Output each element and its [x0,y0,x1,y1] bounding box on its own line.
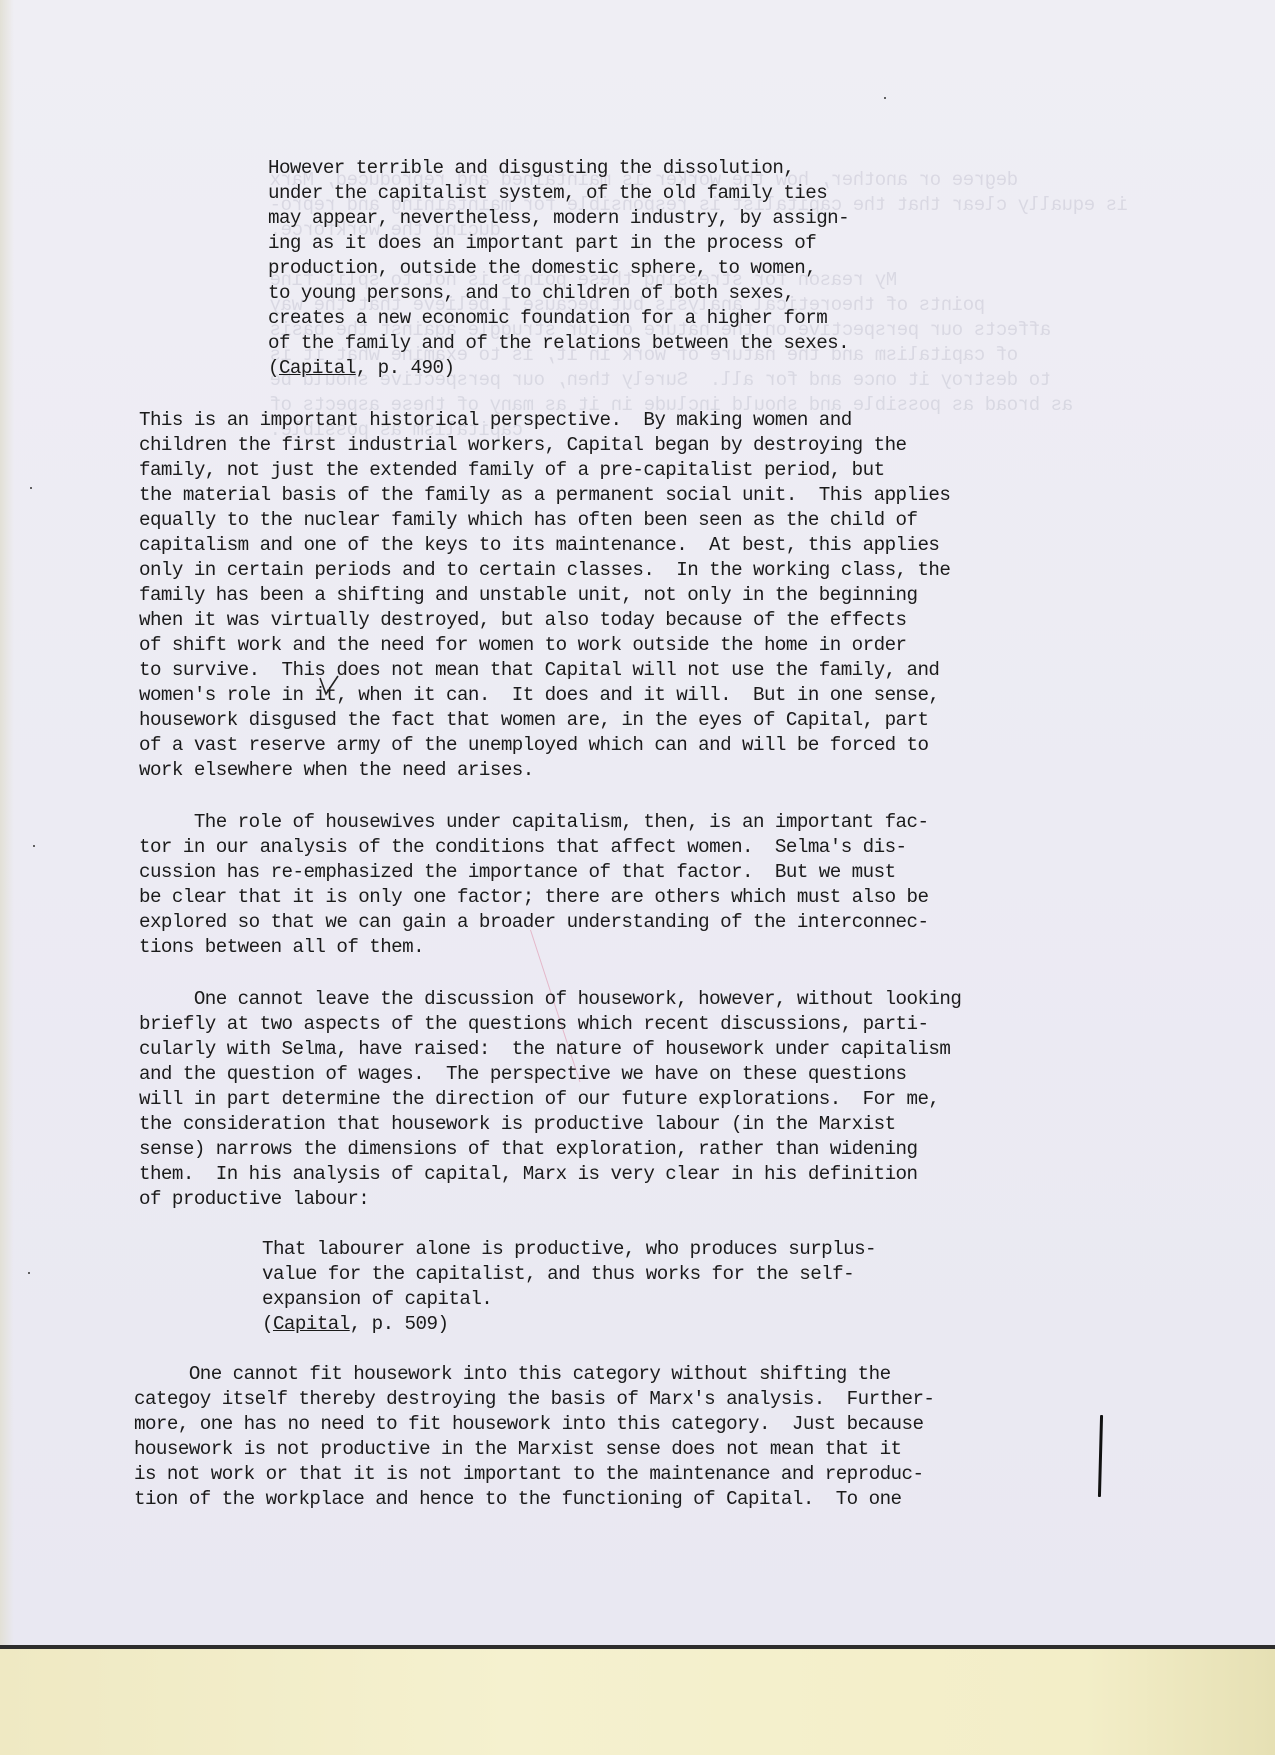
paragraph-line: be clear that it is only one factor; the… [139,885,928,910]
scan-speck [884,97,886,99]
quote-line: However terrible and disgusting the diss… [268,156,794,181]
paragraph-line: women's role in it, when it can. It does… [139,683,939,708]
paragraph-line: is not work or that it is not important … [134,1462,923,1487]
quote-line: production, outside the domestic sphere,… [268,256,816,281]
paragraph-line: the material basis of the family as a pe… [139,483,950,508]
handwritten-caret-mark-icon [318,674,342,698]
paragraph-line: more, one has no need to fit housework i… [134,1412,923,1437]
citation-title: Capital [279,357,356,379]
paragraph-line: tions between all of them. [139,935,424,960]
quote-line: ing as it does an important part in the … [268,231,816,256]
quote-line: may appear, nevertheless, modern industr… [268,206,849,231]
paragraph-line: family, not just the extended family of … [139,458,885,483]
quote-line: expansion of capital. [262,1287,492,1312]
paragraph-line: the consideration that housework is prod… [139,1112,896,1137]
paragraph-line: One cannot fit housework into this categ… [134,1362,891,1387]
citation-page: , p. 490) [356,357,455,379]
quote-line: under the capitalist system, of the old … [268,181,827,206]
paragraph-line: categoy itself thereby destroying the ba… [134,1387,934,1412]
paragraph-line: cussion has re-emphasized the importance… [139,860,896,885]
citation-open: ( [262,1313,273,1335]
quote-line: to young persons, and to children of bot… [268,281,794,306]
paragraph-line: housework disgused the fact that women a… [139,708,928,733]
quote-line: value for the capitalist, and thus works… [262,1262,854,1287]
paragraph-line: explored so that we can gain a broader u… [139,910,928,935]
citation-title: Capital [273,1313,350,1335]
document-page: degree or another, how the worker is mai… [0,0,1275,1648]
paragraph-line: One cannot leave the discussion of house… [139,987,961,1012]
paragraph-line: This is an important historical perspect… [139,408,852,433]
paragraph-line: briefly at two aspects of the questions … [139,1012,928,1037]
paragraph-line: work elsewhere when the need arises. [139,758,534,783]
scan-speck [33,845,35,847]
paragraph-line: tor in our analysis of the conditions th… [139,835,907,860]
paragraph-line: will in part determine the direction of … [139,1087,939,1112]
paragraph-line: equally to the nuclear family which has … [139,508,917,533]
scan-speck [28,1272,30,1274]
quote-line: That labourer alone is productive, who p… [262,1237,876,1262]
paragraph-line: when it was virtually destroyed, but als… [139,608,907,633]
quote-citation: (Capital, p. 509) [262,1312,448,1337]
paragraph-line: only in certain periods and to certain c… [139,558,950,583]
paragraph-line: children the first industrial workers, C… [139,433,907,458]
paragraph-line: housework is not productive in the Marxi… [134,1437,902,1462]
paragraph-line: to survive. This does not mean that Capi… [139,658,939,683]
margin-change-bar [1098,1415,1103,1497]
paragraph-line: of shift work and the need for women to … [139,633,907,658]
quote-line: creates a new economic foundation for a … [268,306,827,331]
paragraph-line: capitalism and one of the keys to its ma… [139,533,939,558]
citation-open: ( [268,357,279,379]
quote-line: of the family and of the relations betwe… [268,331,849,356]
paragraph-line: of productive labour: [139,1187,369,1212]
paragraph-line: tion of the workplace and hence to the f… [134,1487,902,1512]
scan-speck [30,487,32,489]
paragraph-line: The role of housewives under capitalism,… [139,810,928,835]
paragraph-line: sense) narrows the dimensions of that ex… [139,1137,917,1162]
quote-citation: (Capital, p. 490) [268,356,454,381]
paragraph-line: family has been a shifting and unstable … [139,583,917,608]
paragraph-line: them. In his analysis of capital, Marx i… [139,1162,917,1187]
citation-page: , p. 509) [350,1313,449,1335]
backing-sheet [0,1649,1275,1755]
paragraph-line: cularly with Selma, have raised: the nat… [139,1037,950,1062]
paragraph-line: of a vast reserve army of the unemployed… [139,733,928,758]
paragraph-line: and the question of wages. The perspecti… [139,1062,907,1087]
